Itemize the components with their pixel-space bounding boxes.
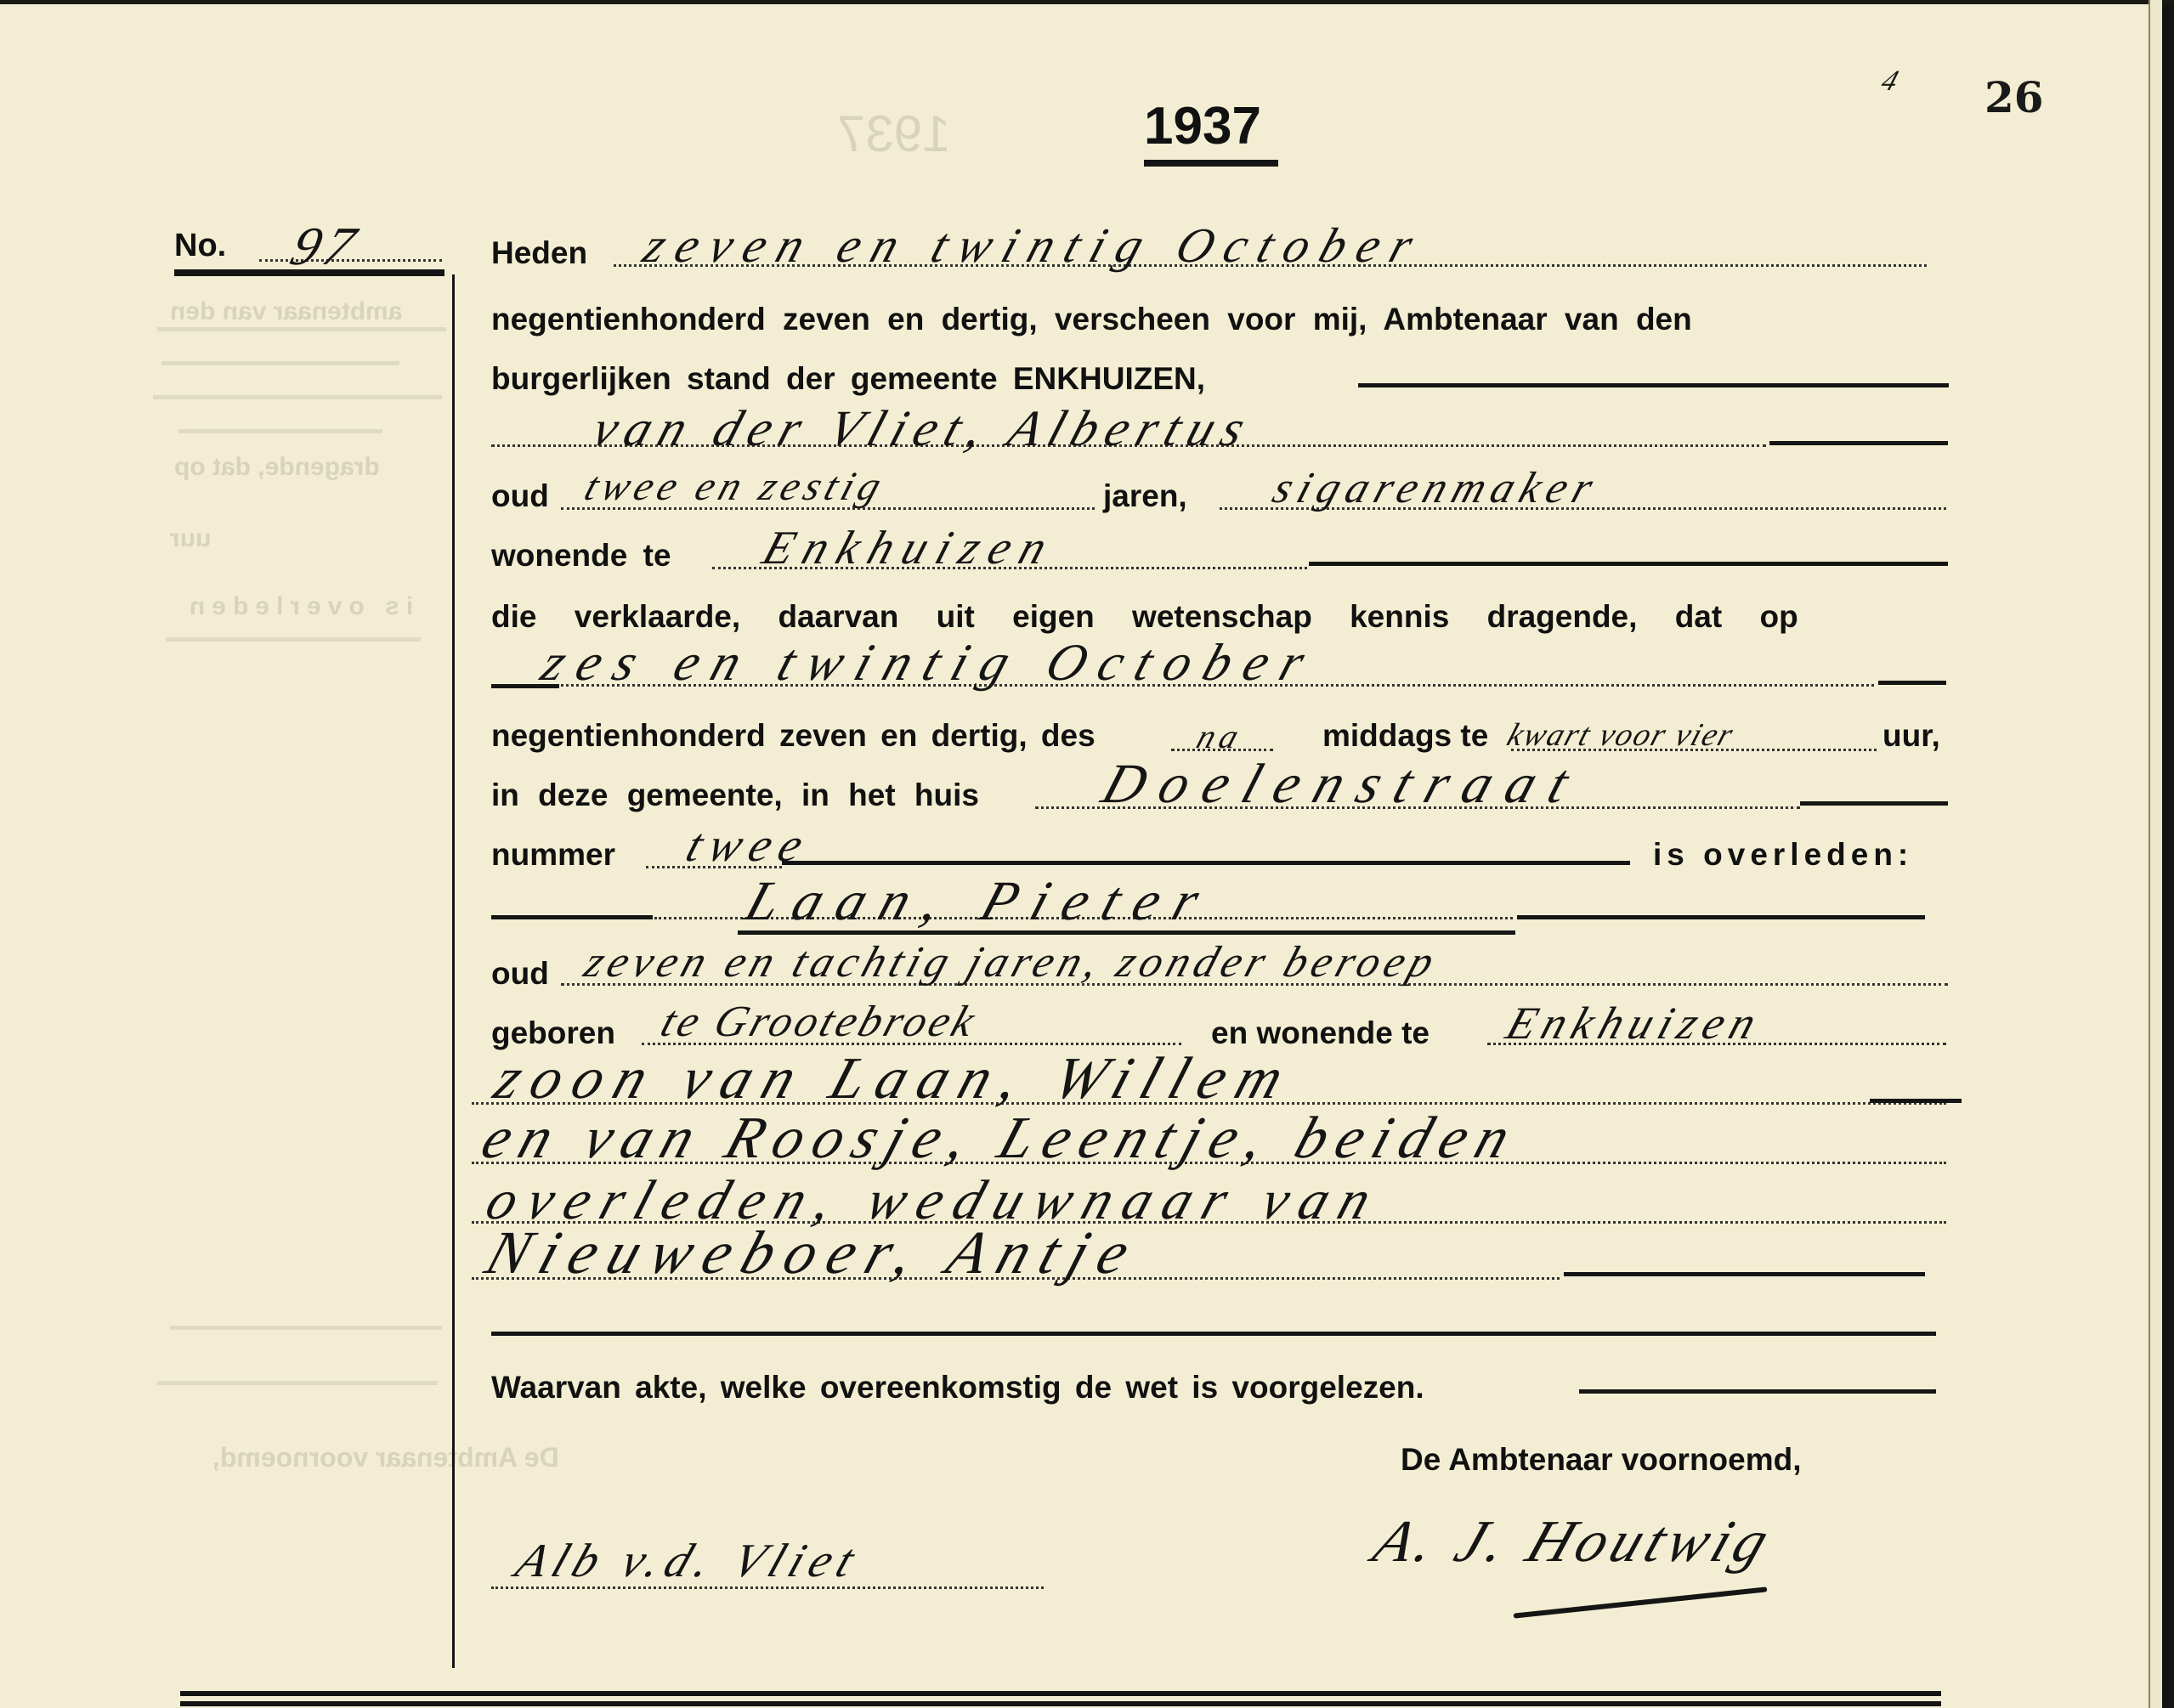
official-label: De Ambtenaar voornoemd, — [1401, 1442, 1802, 1478]
margin-mark: 4 — [1877, 65, 1902, 98]
ghost-line — [153, 395, 442, 399]
label-oud-deceased: oud — [491, 956, 549, 992]
official-signature-flourish — [1514, 1586, 1768, 1618]
field-declarant-occupation: sigarenmaker — [1266, 463, 1605, 513]
ghost-line — [178, 429, 382, 433]
closing-rule — [491, 1332, 1936, 1336]
field-date: zeven en twintig October — [637, 217, 1432, 274]
field-spouse: Nieuweboer, Antje — [478, 1218, 1151, 1288]
ghost-line — [161, 361, 399, 365]
ghost-text: ambtenaar van den — [170, 297, 402, 326]
label-nummer: nummer — [491, 837, 615, 873]
year-underline — [1144, 160, 1278, 167]
field-declarant-name: van der Vliet, Albertus — [586, 399, 1261, 458]
label-uur: uur, — [1882, 718, 1940, 754]
ghost-line — [157, 1381, 438, 1385]
text-verklaarde: die verklaarde, daarvan uit eigen wetens… — [491, 599, 1798, 635]
bottom-double-rule-top — [180, 1691, 1941, 1696]
filler-rule — [1769, 441, 1948, 445]
label-wonende-te: wonende te — [491, 538, 671, 574]
label-jaren: jaren, — [1103, 478, 1187, 514]
label-middags-te: middags te — [1322, 718, 1488, 754]
document-page: 1937 ambtenaar van den dragende, dat op … — [0, 4, 2149, 1708]
text-verscheen: negentienhonderd zeven en dertig, versch… — [491, 302, 1692, 337]
field-time: kwart voor vier — [1503, 716, 1740, 754]
year-heading: 1937 — [1144, 96, 1261, 156]
field-declarant-residence: Enkhuizen — [756, 521, 1064, 575]
filler-rule — [1878, 681, 1946, 685]
text-gemeente: burgerlijken stand der gemeente ENKHUIZE… — [491, 361, 1205, 397]
field-deceased-name: Laan, Pieter — [738, 869, 1223, 934]
label-heden: Heden — [491, 235, 587, 271]
field-house-street: Doelenstraat — [1095, 752, 1592, 817]
page-right-edge — [2149, 0, 2162, 1708]
filler-rule — [782, 861, 1630, 865]
record-number-rule — [174, 269, 444, 276]
ghost-line — [170, 1326, 442, 1330]
ghost-line — [166, 637, 421, 642]
ghost-text: uur — [170, 524, 211, 553]
record-number: 97 — [283, 215, 368, 278]
closing-statement: Waarvan akte, welke overeenkomstig de we… — [491, 1370, 1424, 1405]
filler-rule — [1579, 1389, 1936, 1394]
filler-rule — [1517, 915, 1925, 919]
record-number-label: No. — [174, 228, 226, 264]
label-is-overleden: is overleden: — [1653, 837, 1913, 873]
field-declarant-age: twee en zestig — [579, 463, 892, 510]
ghost-line — [157, 327, 446, 331]
filler-rule — [491, 915, 653, 919]
field-deceased-residence: Enkhuizen — [1500, 997, 1769, 1049]
filler-rule — [1564, 1272, 1925, 1276]
ghost-text: is overleden — [183, 592, 413, 621]
deceased-name-underline — [738, 930, 1515, 935]
field-death-date: zes en twintig October — [534, 633, 1325, 693]
field-birthplace: te Grootebroek — [654, 997, 984, 1047]
bottom-double-rule-bottom — [180, 1701, 1941, 1706]
ghost-text: dragende, dat op — [174, 453, 380, 482]
ghost-year: 1937 — [837, 105, 950, 163]
filler-rule — [1358, 383, 1949, 387]
declarant-signature: Alb v.d. Vliet — [508, 1534, 868, 1588]
field-father: zoon van Laan, Willem — [486, 1045, 1304, 1113]
margin-vertical-rule — [452, 274, 455, 1668]
ghost-text: De Ambtenaar voornoemd, — [212, 1442, 559, 1473]
text-dertig-des: negentienhonderd zeven en dertig, des — [491, 718, 1095, 754]
official-signature: A. J. Houtwig — [1364, 1508, 1782, 1576]
label-oud: oud — [491, 478, 549, 514]
filler-rule — [1309, 562, 1948, 566]
field-deceased-age-occupation: zeven en tachtig jaren, zonder beroep — [578, 937, 1445, 987]
filler-rule — [1870, 1099, 1962, 1103]
page-number: 26 — [1984, 72, 2044, 122]
filler-rule — [1800, 801, 1948, 806]
field-mother: en van Roosje, Leentje, beiden — [473, 1105, 1528, 1173]
label-in-het-huis: in deze gemeente, in het huis — [491, 778, 979, 813]
